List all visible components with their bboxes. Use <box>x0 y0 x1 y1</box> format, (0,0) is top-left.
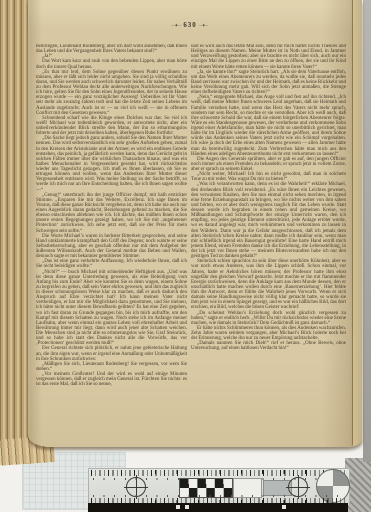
paragraph: „Das ist eine ganz verkehrte Auffassung.… <box>36 259 187 269</box>
paragraph: „Nein,“ entgegnete Michael, das Auge vol… <box>191 95 346 157</box>
paragraph: „Vor meinem Großvater! Und der wird es w… <box>36 372 187 387</box>
film-strip <box>88 503 348 512</box>
paragraph: „Damals nannten Sie mich Dieb!“ rief er … <box>191 341 346 351</box>
page-stack-edges <box>0 0 30 464</box>
header-ornament-left: –✦– <box>172 24 181 29</box>
header-ornament-right: –✦– <box>199 24 208 29</box>
right-edge-strip <box>363 0 371 462</box>
film-mark <box>185 505 189 509</box>
paragraph: „Du scheinst Wehlau’s Erziehung doch woh… <box>191 311 346 326</box>
page-number: 630 <box>183 22 196 29</box>
paragraph: Er hätte nichts Schlimmeres thun können,… <box>191 326 346 341</box>
paragraph: und es wird auch das letzte Mal sein, de… <box>191 44 346 70</box>
page-fold-edge <box>353 0 362 446</box>
paragraph: „Die Sache liegt jedoch ganz anders, sob… <box>36 136 187 192</box>
ruler-major-ticks-top <box>91 470 345 474</box>
paragraph: beibringen, Lieutenant Rodenberg; aber i… <box>36 44 187 54</box>
paragraph: „Genug!“ unterbrach ihn der junge Offici… <box>36 193 187 234</box>
paragraph: Das Wort kam kurz und rauh von den beben… <box>36 59 187 69</box>
film-mark <box>282 505 286 509</box>
calibration-ruler <box>88 468 350 506</box>
paragraph: Schneidend scharf wie die Klinge eines D… <box>36 116 187 137</box>
page-header: –✦– 630 –✦– <box>28 22 352 29</box>
paragraph: „Nicht weiter, Michael! Ich bin es nicht… <box>191 172 346 182</box>
paragraph: Der General richtete sich plötzlich, er … <box>36 346 187 361</box>
paragraph: „Mäßigen Sie sich, Lieutenant Rodenberg!… <box>36 362 187 372</box>
text-column-left: beibringen, Lieutenant Rodenberg; aber i… <box>36 44 187 443</box>
paragraph: „Was ich verantworten kann, denn es ist … <box>191 182 346 259</box>
paragraph: „Es that mir leid, dem Sohne gegenüber d… <box>36 70 187 116</box>
paragraph: Steinrück schien sprachlos zu sein über … <box>191 259 346 310</box>
paragraph: Die Worte Michael’s waren in herbster Bi… <box>36 234 187 260</box>
paragraph: Die Augen des Generals sprühten, aber er… <box>191 157 346 172</box>
ruler-numbers-bottom <box>93 495 343 497</box>
book-scan-photo: –✦– 630 –✦– beibringen, Lieutenant Roden… <box>0 0 371 512</box>
book-page: –✦– 630 –✦– beibringen, Lieutenant Roden… <box>28 0 362 447</box>
paragraph: „Nicht?“ — brach Michael mit schneidende… <box>36 270 187 347</box>
text-column-right: und es wird auch das letzte Mal sein, de… <box>191 44 346 443</box>
paragraph: „Ja, sie kannte ihn!“ sagte Steinrück ha… <box>191 70 346 96</box>
film-mark <box>176 505 180 509</box>
